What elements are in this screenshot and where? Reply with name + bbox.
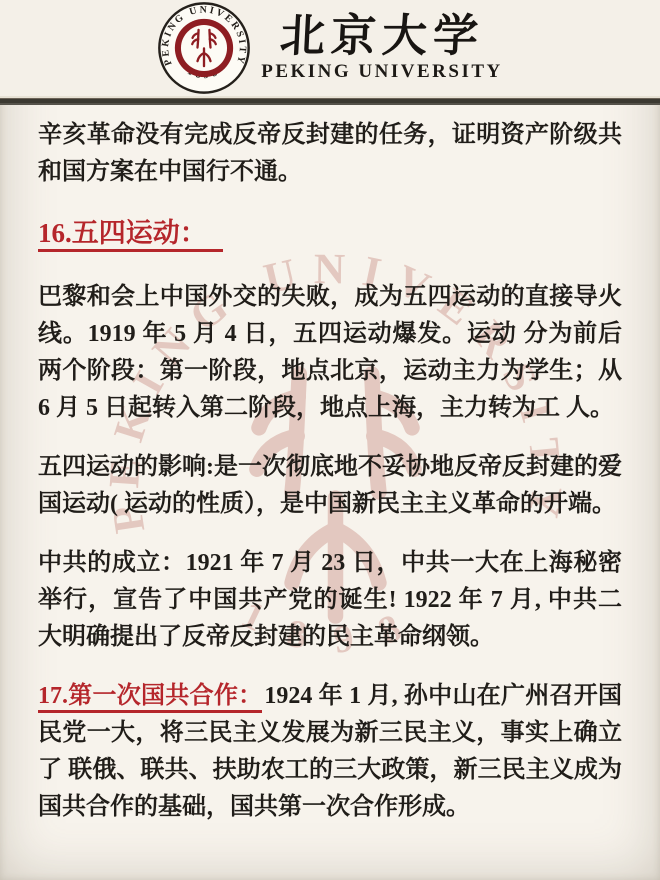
document-page: PEKING UNIVERSITY 1898 PEKING UNIVERSITY… [0,0,660,880]
section-16-heading: 16.五四运动： [38,213,622,253]
header-divider [0,96,660,105]
section-16-heading-text: 16.五四运动： [38,218,223,252]
university-name-chinese: 北京大学 [279,13,485,60]
para-first-united-front: 17.第一次国共合作：1924 年 1 月, 孙中山在广州召开国民党一大，将三民… [38,678,622,826]
notes-body: 辛亥革命没有完成反帝反封建的任务，证明资产阶级共和国方案在中国行不通。 16.五… [0,105,660,826]
university-wordmark: 北京大学 PEKING UNIVERSITY [261,13,503,83]
section-17-heading-text: 17.第一次国共合作： [38,683,262,713]
page-header: PEKING UNIVERSITY 1898 北京大学 PEKING UNIVE… [0,0,660,96]
university-name-english: PEKING UNIVERSITY [261,61,503,83]
university-seal-icon: PEKING UNIVERSITY 1898 [157,1,251,95]
para-may-fourth-outbreak: 巴黎和会上中国外交的失败，成为五四运动的直接导火线。1919 年 5 月 4 日… [38,279,622,427]
para-ccp-founding: 中共的成立：1921 年 7 月 23 日，中共一大在上海秘密举行，宣告了中国共… [38,545,622,656]
para-may-fourth-impact: 五四运动的影响:是一次彻底地不妥协地反帝反封建的爱国运动( 运动的性质），是中国… [38,449,622,523]
university-logo: PEKING UNIVERSITY 1898 北京大学 PEKING UNIVE… [157,1,503,95]
para-xinhai-conclusion: 辛亥革命没有完成反帝反封建的任务，证明资产阶级共和国方案在中国行不通。 [38,117,622,191]
